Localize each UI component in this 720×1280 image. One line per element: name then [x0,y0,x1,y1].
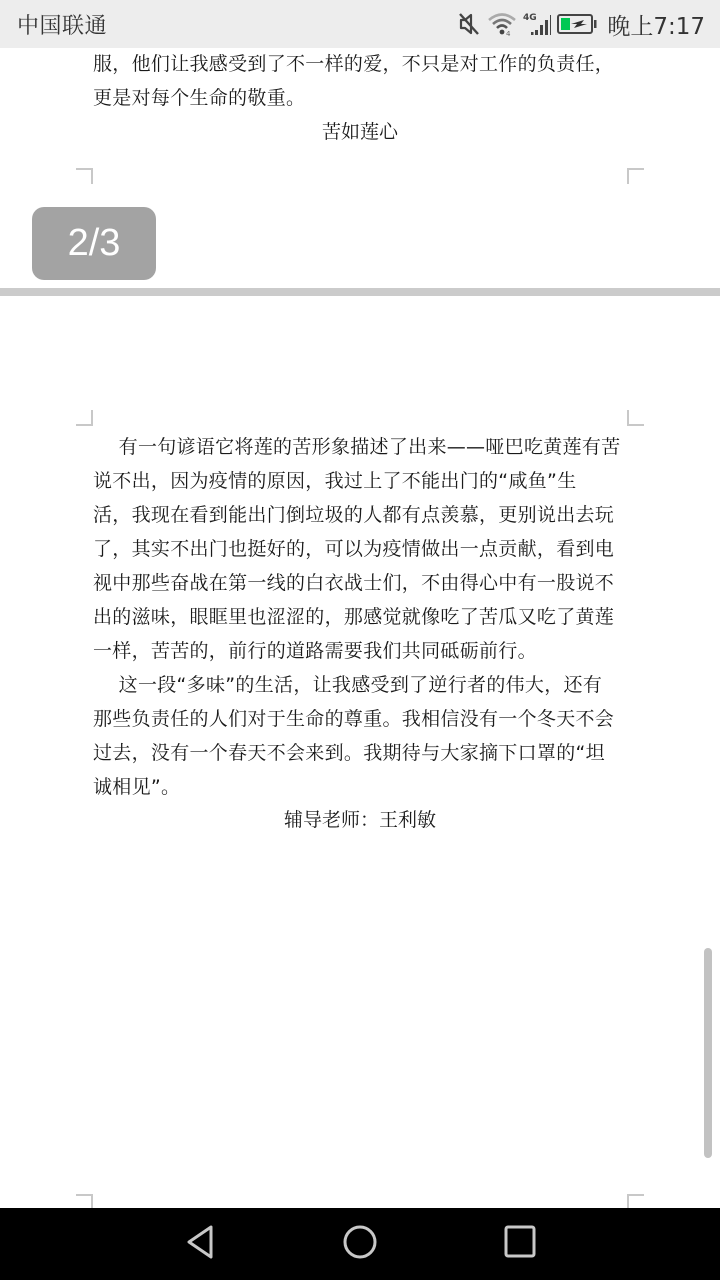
battery-charging-icon [557,13,597,35]
wifi-icon: 4 [487,11,517,37]
text-line: 诚相见”。 [93,770,180,804]
scrollbar-thumb[interactable] [704,948,712,1158]
carrier-name: 中国联通 [17,9,107,40]
svg-text:4G: 4G [523,13,537,23]
back-button[interactable] [170,1222,230,1266]
svg-text:4: 4 [506,30,511,37]
text-line: 说不出，因为疫情的原因，我过上了不能出门的“咸鱼”生 [93,464,577,498]
recents-button[interactable] [490,1222,550,1266]
author-signature: 苦如莲心 [0,115,720,149]
status-bar: 中国联通 4 4G [0,0,720,48]
text-line: 更是对每个生命的敬重。 [93,81,305,115]
text-line: 出的滋味，眼眶里也涩涩的，那感觉就像吃了苦瓜又吃了黄莲 [93,600,614,634]
page-corner-mark [627,410,644,426]
text-line: 这一段“多味”的生活，让我感受到了逆行者的伟大，还有 [93,668,602,702]
advisor-credit: 辅导老师：王利敏 [0,803,720,837]
text-line: 视中那些奋战在第一线的白衣战士们，不由得心中有一股说不 [93,566,614,600]
status-icons: 4 4G 晚上7:17 [457,8,705,40]
document-viewer[interactable]: 服，他们让我感受到了不一样的爱，不只是对工作的负责任， 更是对每个生命的敬重。 … [0,48,720,1208]
navigation-bar [0,1208,720,1280]
home-circle-icon [342,1224,378,1264]
page-corner-mark [76,168,93,184]
text-line: 那些负责任的人们对于生命的尊重。我相信没有一个冬天不会 [93,702,614,736]
recents-square-icon [504,1225,536,1263]
text-line: 活，我现在看到能出门倒垃圾的人都有点羡慕，更别说出去玩 [93,498,614,532]
text-line: 过去，没有一个春天不会来到。我期待与大家摘下口罩的“坦 [93,736,605,770]
page-corner-mark [76,1194,93,1208]
page-corner-mark [76,410,93,426]
text-line: 服，他们让我感受到了不一样的爱，不只是对工作的负责任， [93,48,614,81]
page-divider [0,288,720,296]
page-indicator: 2/3 [32,207,156,280]
home-button[interactable] [330,1222,390,1266]
back-triangle-icon [184,1224,216,1264]
clock: 晚上7:17 [607,8,705,41]
page-corner-mark [627,1194,644,1208]
cellular-signal-icon: 4G [523,11,551,37]
text-line: 了，其实不出门也挺好的，可以为疫情做出一点贡献，看到电 [93,532,614,566]
text-line: 一样，苦苦的，前行的道路需要我们共同砥砺前行。 [93,634,537,668]
text-line: 有一句谚语它将莲的苦形象描述了出来——哑巴吃黄莲有苦 [93,430,620,464]
page-corner-mark [627,168,644,184]
mute-icon [457,11,481,37]
